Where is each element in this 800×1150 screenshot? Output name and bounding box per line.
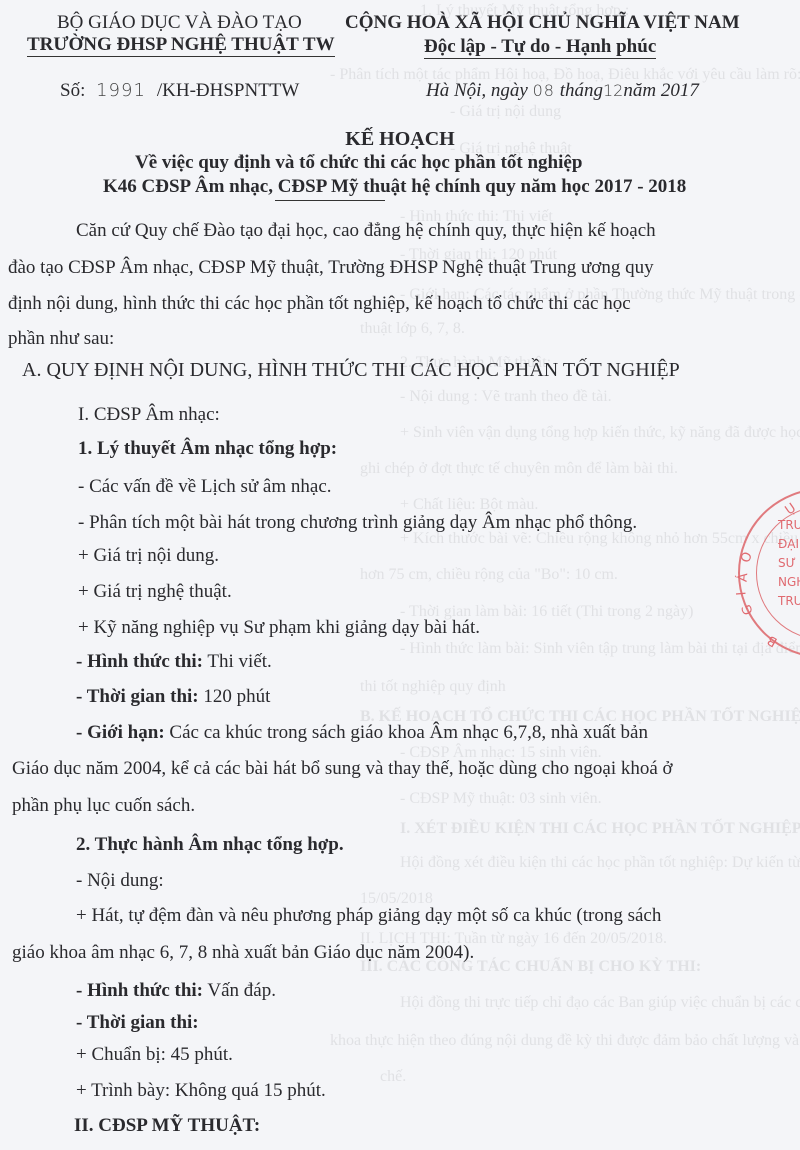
number-suffix: /KH-ĐHSPNTTW [157, 80, 300, 101]
bleed-text: - Hình thức làm bài: Sinh viên tập trung… [400, 640, 800, 658]
time-label: - Thời gian thi: [76, 686, 199, 707]
subject2-present: + Trình bày: Không quá 15 phút. [76, 1080, 326, 1102]
motto: Độc lập - Tự do - Hạnh phúc [424, 36, 656, 58]
subject1-item: + Kỹ năng nghiệp vụ Sư phạm khi giảng dạ… [78, 617, 480, 639]
subject2-content-line1: + Hát, tự đệm đàn và nêu phương pháp giả… [76, 905, 661, 927]
official-stamp: D Ụ C O Á I G B TRƯ ĐẠI SƯ P NGHỆ TRUNG [738, 488, 800, 658]
document-date: Hà Nội, ngày 08 tháng12năm 2017 [426, 80, 699, 102]
subject2-content-line2: giáo khoa âm nhạc 6, 7, 8 nhà xuất bản G… [12, 942, 474, 964]
bleed-text: - Nội dung : Vẽ tranh theo đề tài. [400, 388, 612, 406]
bleed-text: + Sinh viên vận dụng tổng hợp kiến thức,… [400, 424, 800, 442]
plan-subtitle-2: K46 CĐSP Âm nhạc, CĐSP Mỹ thuật hệ chính… [103, 176, 686, 198]
date-month: 12 [603, 81, 623, 100]
intro-line-3: định nội dung, hình thức thi các học phầ… [8, 293, 631, 315]
stamp-line: TRUNG [778, 592, 800, 611]
stamp-line: NGHỆ [778, 573, 800, 592]
stamp-ring-char: O [738, 550, 756, 565]
stamp-line: TRƯ [778, 516, 800, 535]
bleed-text: khoa thực hiện theo đúng nội dung đề kỳ … [330, 1032, 800, 1050]
form-label: - Hình thức thi: [76, 980, 203, 1001]
date-year: năm 2017 [623, 80, 698, 101]
time-value: 120 phút [199, 686, 271, 707]
subject2-form: - Hình thức thi: Vấn đáp. [76, 980, 276, 1002]
subject1-item: + Giá trị nghệ thuật. [78, 581, 232, 603]
school-name: TRƯỜNG ĐHSP NGHỆ THUẬT TW [27, 34, 335, 56]
document-page: 1. Lý thuyết Mỹ thuật tổng hợp : - Phân … [0, 0, 800, 1150]
section-a-heading: A. QUY ĐỊNH NỘI DUNG, HÌNH THỨC THI CÁC … [22, 359, 680, 382]
number-handwritten: 1991 [90, 80, 152, 101]
subject2-time-label: - Thời gian thi: [76, 1012, 199, 1034]
bleed-text: Hội đồng xét điều kiện thi các học phần … [400, 854, 800, 872]
subject1-limit-line3: phần phụ lục cuốn sách. [12, 795, 195, 817]
subject1-limit-line2: Giáo dục năm 2004, kể cả các bài hát bổ … [12, 758, 673, 780]
subject2-heading: 2. Thực hành Âm nhạc tổng hợp. [76, 834, 344, 856]
subject2-prep: + Chuẩn bị: 45 phút. [76, 1044, 233, 1066]
bleed-text: chế. [380, 1068, 406, 1086]
subject1-item: - Phân tích một bài hát trong chương trì… [78, 512, 637, 534]
date-month-label: tháng [560, 80, 603, 101]
limit-value: Các ca khúc trong sách giáo khoa Âm nhạc… [165, 722, 648, 743]
subject1-heading: 1. Lý thuyết Âm nhạc tổng hợp: [78, 438, 337, 460]
part1-heading: I. CĐSP Âm nhạc: [78, 404, 220, 426]
subject1-limit: - Giới hạn: Các ca khúc trong sách giáo … [76, 722, 648, 744]
plan-subtitle-1: Về việc quy định và tổ chức thi các học … [135, 152, 582, 174]
stamp-ring-char: G [739, 602, 757, 617]
part2-heading: II. CĐSP MỸ THUẬT: [74, 1115, 260, 1137]
bleed-text: thuật lớp 6, 7, 8. [360, 320, 465, 338]
plan-title: KẾ HOẠCH [0, 128, 800, 151]
intro-line-2: đào tạo CĐSP Âm nhạc, CĐSP Mỹ thuật, Trư… [8, 257, 654, 279]
ministry-name: BỘ GIÁO DỤC VÀ ĐÀO TẠO [57, 12, 302, 34]
bleed-text: - Giá trị nội dung [450, 103, 561, 121]
stamp-line: ĐẠI [778, 535, 800, 554]
limit-label: - Giới hạn: [76, 722, 165, 743]
bleed-text: thi tốt nghiệp quy định [360, 678, 506, 696]
stamp-ring-char: I [734, 591, 749, 596]
bleed-text: Hội đồng thi trực tiếp chỉ đạo các Ban g… [400, 994, 800, 1012]
bleed-text: ghi chép ở đợt thực tế chuyên môn để làm… [360, 460, 678, 478]
stamp-ring-char: Á [736, 572, 752, 582]
intro-line-1: Căn cứ Quy chế Đào tạo đại học, cao đẳng… [76, 220, 656, 242]
subject1-item: + Giá trị nội dung. [78, 545, 219, 567]
form-label: - Hình thức thi: [76, 651, 203, 672]
date-prefix: Hà Nội, ngày [426, 80, 528, 101]
motto-text: Độc lập - Tự do - Hạnh phúc [424, 36, 656, 59]
subject2-content-label: - Nội dung: [76, 870, 164, 892]
stamp-line: SƯ P [778, 554, 800, 573]
subject1-time: - Thời gian thi: 120 phút [76, 686, 270, 708]
document-number: Số: 1991 /KH-ĐHSPNTTW [60, 80, 299, 102]
intro-line-4: phần như sau: [8, 328, 114, 350]
bleed-text: - CĐSP Mỹ thuật: 03 sinh viên. [400, 790, 602, 808]
date-day: 08 [533, 81, 555, 100]
stamp-center-text: TRƯ ĐẠI SƯ P NGHỆ TRUNG [778, 516, 800, 611]
subject1-item: - Các vấn đề về Lịch sử âm nhạc. [78, 476, 332, 498]
form-value: Thi viết. [203, 651, 272, 672]
plan-subtitle-2-text: K46 CĐSP Âm nhạc, CĐSP Mỹ thuật hệ chính… [103, 176, 686, 197]
school-name-text: TRƯỜNG ĐHSP NGHỆ THUẬT TW [27, 34, 335, 57]
title-underline [275, 200, 385, 201]
republic-name: CỘNG HOÀ XÃ HỘI CHỦ NGHĨA VIỆT NAM [345, 12, 740, 34]
subject1-form: - Hình thức thi: Thi viết. [76, 651, 272, 673]
bleed-text: hơn 75 cm, chiều rộng của "Bo": 10 cm. [360, 566, 618, 584]
form-value: Vấn đáp. [203, 980, 276, 1001]
number-label: Số: [60, 80, 85, 101]
bleed-text: I. XÉT ĐIỀU KIỆN THI CÁC HỌC PHẦN TỐT NG… [400, 820, 800, 838]
